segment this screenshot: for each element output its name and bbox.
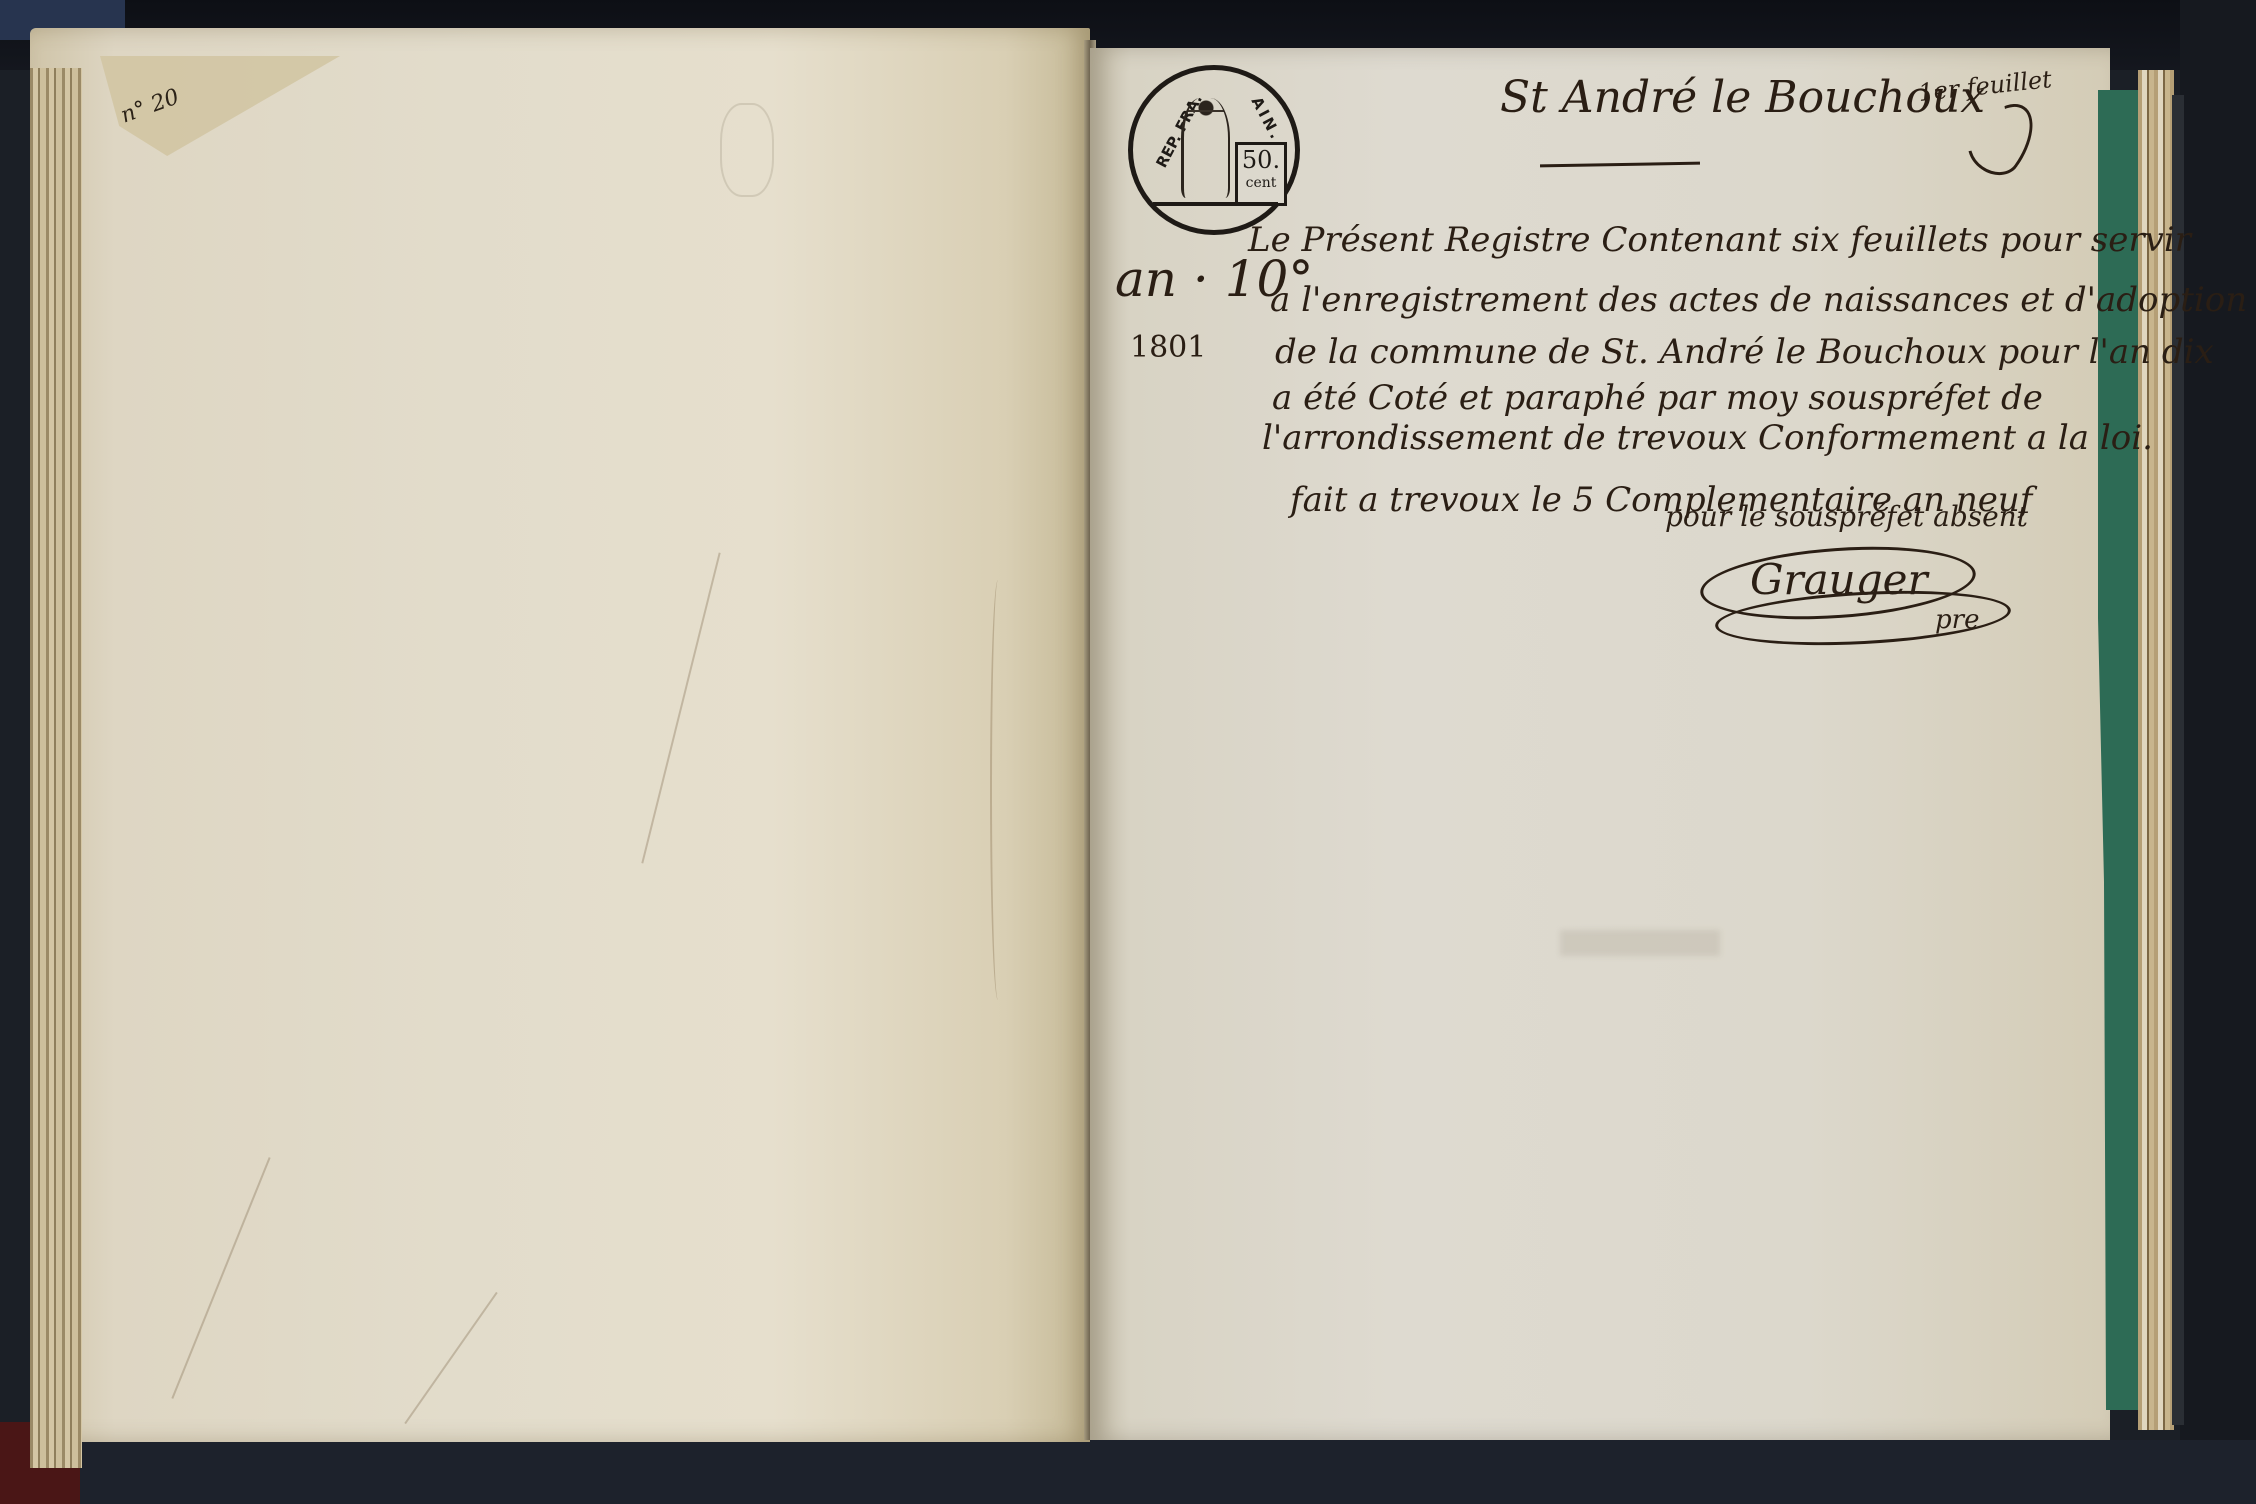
signature: Grauger bbox=[1750, 555, 1928, 604]
margin-gregorian-year: 1801 bbox=[1130, 330, 1206, 365]
dark-backdrop-right bbox=[2180, 0, 2256, 1504]
signature-suffix: pre bbox=[1935, 605, 1979, 635]
left-page: n° 20 bbox=[30, 28, 1090, 1442]
stamp-ground-line bbox=[1153, 202, 1278, 206]
paper-crease bbox=[990, 580, 1006, 1000]
stamp-value-box: 50. cent bbox=[1235, 142, 1287, 206]
body-line: de la commune de St. André le Bouchoux p… bbox=[1275, 332, 2214, 372]
body-line: Le Présent Registre Contenant six feuill… bbox=[1248, 220, 2191, 260]
seated-liberty-figure-icon bbox=[1181, 98, 1230, 198]
stamp-legend-right: AIN. bbox=[1248, 94, 1286, 144]
body-line: l'arrondissement de trevoux Conformement… bbox=[1262, 418, 2153, 458]
stamp-unit: cent bbox=[1238, 175, 1284, 191]
right-page-stacked-edges bbox=[2138, 70, 2174, 1430]
paper-crease bbox=[404, 1292, 497, 1424]
dark-backdrop-bottom bbox=[80, 1440, 2256, 1504]
left-page-stacked-edges bbox=[30, 68, 82, 1468]
embossed-mark bbox=[720, 103, 774, 197]
stamp-value: 50. bbox=[1238, 145, 1284, 175]
paper-crease bbox=[641, 553, 720, 864]
ink-smudge bbox=[1560, 930, 1720, 956]
paper-crease bbox=[171, 1157, 270, 1399]
body-line: pour le souspréfet absent bbox=[1665, 500, 2028, 533]
register-heading: St André le Bouchoux bbox=[1500, 72, 1985, 123]
body-line: a été Coté et paraphé par moy souspréfet… bbox=[1272, 378, 2043, 418]
revenue-stamp: REP. FRA. AIN. 50. cent bbox=[1128, 65, 1300, 235]
body-line: a l'enregistrement des actes de naissanc… bbox=[1270, 280, 2247, 320]
